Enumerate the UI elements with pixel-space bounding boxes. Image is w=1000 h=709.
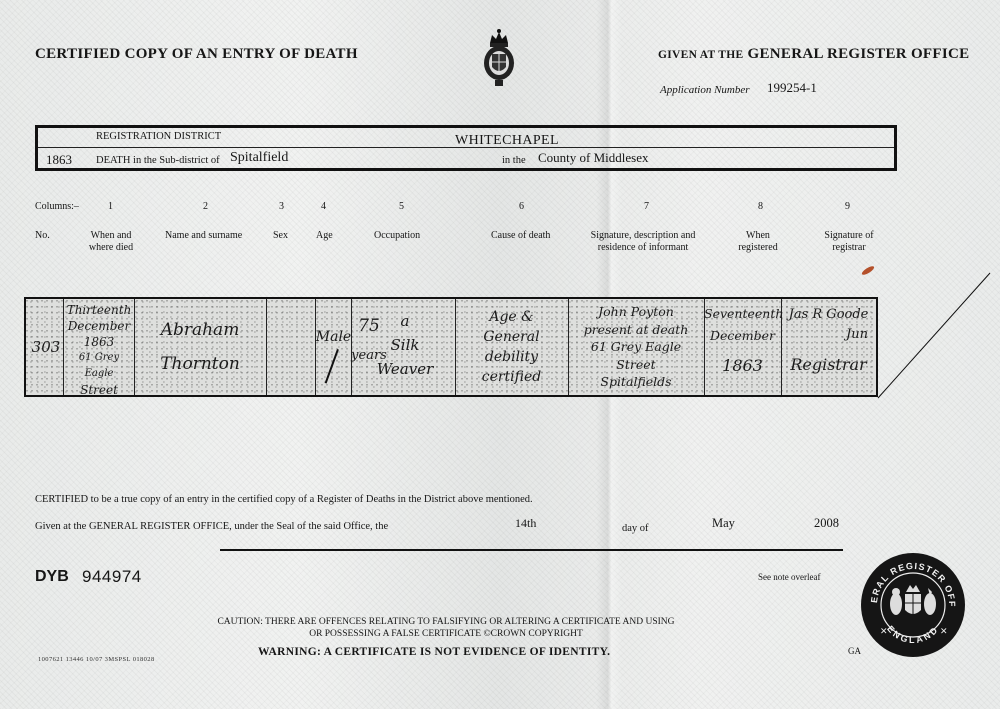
- header-name: Name and surname: [165, 230, 242, 242]
- header-occupation: Occupation: [374, 230, 420, 242]
- entry-informant-address: 61 Grey Eagle: [568, 338, 704, 356]
- column-number-1: 1: [108, 201, 113, 212]
- entry-registered-day: Seventeenth: [704, 303, 781, 325]
- entry-informant-description: present at death: [568, 321, 704, 339]
- entry-occupation-text: a Silk Weaver: [355, 309, 455, 381]
- entry-death-month: December: [63, 318, 135, 334]
- registration-district: WHITECHAPEL: [455, 133, 559, 149]
- entry-registrar-signature: Jas R Goode Jun Registrar: [781, 305, 876, 375]
- header-registrar: Signature of registrar: [818, 230, 880, 254]
- entry-registered-year: 1863: [704, 355, 781, 377]
- registration-year: 1863: [46, 152, 72, 168]
- header-sex: Sex: [273, 230, 288, 242]
- svg-text:✕: ✕: [940, 626, 948, 636]
- signature-rule: [220, 549, 843, 551]
- column-number-8: 8: [758, 201, 763, 212]
- header-registered-line2: registered: [733, 242, 783, 254]
- entry-informant: John Poyton present at death 61 Grey Eag…: [568, 303, 704, 391]
- sex-slash-mark: [325, 349, 339, 383]
- serial-number: 944974: [82, 567, 142, 587]
- entry-informant-name: John Poyton: [568, 303, 704, 321]
- issue-year: 2008: [814, 516, 839, 531]
- entry-when-registered: Seventeenth December 1863: [704, 303, 781, 377]
- cancellation-line: [870, 270, 1000, 405]
- issue-day: 14th: [515, 516, 536, 531]
- document-title: CERTIFIED COPY OF AN ENTRY OF DEATH: [35, 46, 358, 63]
- entry-cause-of-death: Age & General debility certified: [455, 307, 568, 387]
- entry-no: 303: [28, 339, 64, 356]
- entry-name: Abraham Thornton: [134, 313, 266, 381]
- columns-label: Columns:–: [35, 201, 79, 212]
- subdistrict-label: DEATH in the Sub-district of: [96, 155, 220, 166]
- header-informant-line2: residence of informant: [578, 242, 708, 254]
- cell-divider: [315, 299, 316, 395]
- identity-warning: WARNING: A CERTIFICATE IS NOT EVIDENCE O…: [258, 646, 610, 658]
- issuing-office-name: GENERAL REGISTER OFFICE: [747, 46, 969, 62]
- registration-district-label: REGISTRATION DISTRICT: [96, 131, 221, 142]
- column-number-9: 9: [845, 201, 850, 212]
- header-no: No.: [35, 230, 50, 242]
- certification-statement: CERTIFIED to be a true copy of an entry …: [35, 494, 533, 505]
- header-when-where-line2: where died: [80, 242, 142, 254]
- column-number-6: 6: [519, 201, 524, 212]
- entry-occupation-line1: a: [355, 309, 455, 333]
- header-registrar-line1: Signature of: [818, 230, 880, 242]
- issue-month: May: [712, 516, 735, 531]
- entry-forename: Abraham: [134, 313, 266, 347]
- column-number-2: 2: [203, 201, 208, 212]
- entry-cause-line4: certified: [455, 367, 568, 387]
- serial-prefix: DYB: [35, 568, 69, 586]
- entry-cause-line1: Age &: [455, 307, 568, 327]
- entry-surname: Thornton: [134, 347, 266, 381]
- entry-registrar-name: Jas R Goode: [781, 305, 876, 325]
- header-when-registered: When registered: [733, 230, 783, 254]
- death-entry-row: 303 Thirteenth December 1863 61 Grey Eag…: [24, 297, 878, 397]
- print-codes: 1007621 13446 10/07 3MSPSL 018028: [38, 656, 155, 663]
- entry-occupation-line3: Weaver: [355, 357, 455, 381]
- header-informant-line1: Signature, description and: [578, 230, 708, 242]
- entry-death-address: 61 Grey Eagle: [63, 350, 135, 382]
- entry-death-day: Thirteenth: [63, 302, 135, 318]
- column-number-4: 4: [321, 201, 326, 212]
- entry-informant-place: Spitalfields: [568, 373, 704, 391]
- entry-registrar-title: Registrar: [781, 355, 876, 375]
- see-note-overleaf: See note overleaf: [758, 572, 820, 582]
- column-number-5: 5: [399, 201, 404, 212]
- cell-divider: [266, 299, 267, 395]
- header-when-where: When and where died: [80, 230, 142, 254]
- caution-notice: CAUTION: THERE ARE OFFENCES RELATING TO …: [211, 616, 681, 640]
- application-number-label: Application Number: [660, 84, 750, 96]
- header-when-where-line1: When and: [80, 230, 142, 242]
- entry-informant-street: Street: [568, 356, 704, 374]
- header-registered-line1: When: [733, 230, 783, 242]
- entry-death-street: Street: [63, 382, 135, 398]
- county: County of Middlesex: [538, 150, 649, 166]
- entry-cause-line3: debility: [455, 347, 568, 367]
- column-number-7: 7: [644, 201, 649, 212]
- entry-occupation-line2: Silk: [355, 333, 455, 357]
- county-label: in the: [502, 155, 526, 166]
- application-number: 199254-1: [767, 80, 817, 96]
- issuing-office-title: GIVEN AT THE GENERAL REGISTER OFFICE: [658, 46, 969, 63]
- column-number-3: 3: [279, 201, 284, 212]
- entry-registered-month: December: [704, 325, 781, 347]
- subdistrict: Spitalfield: [230, 150, 288, 166]
- entry-cause-line2: General: [455, 327, 568, 347]
- entry-registrar-suffix: Jun: [781, 325, 876, 345]
- header-cause: Cause of death: [491, 230, 550, 242]
- entry-when-where: Thirteenth December 1863 61 Grey Eagle S…: [63, 302, 135, 398]
- entry-sex: Male: [315, 329, 352, 346]
- header-informant: Signature, description and residence of …: [578, 230, 708, 254]
- header-registrar-line2: registrar: [818, 242, 880, 254]
- entry-death-year: 1863: [63, 334, 135, 350]
- general-register-office-seal-icon: GENERAL REGISTER OFFICE ENGLAND ✕ ✕: [860, 552, 966, 658]
- given-at-statement: Given at the GENERAL REGISTER OFFICE, un…: [35, 521, 388, 532]
- royal-crest-icon: [482, 27, 516, 89]
- day-of-label: day of: [622, 523, 649, 534]
- svg-text:✕: ✕: [880, 626, 888, 636]
- header-age: Age: [316, 230, 333, 242]
- issuing-office-prefix: GIVEN AT THE: [658, 49, 743, 61]
